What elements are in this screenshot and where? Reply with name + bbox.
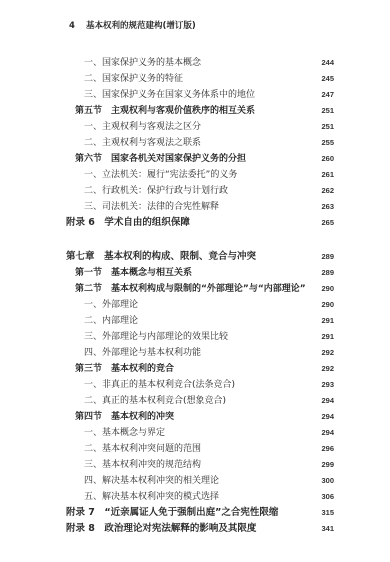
toc-entry-page: 263: [318, 199, 334, 215]
toc-entry-title: 三、基本权利冲突的规范结构: [84, 457, 201, 473]
running-header: 4 基本权利的规范建构(增订版): [69, 19, 196, 31]
toc-section[interactable]: 第三节 基本权利的竞合292: [0, 361, 390, 377]
toc-entry-page: 294: [318, 409, 334, 425]
toc-entry-page: 296: [318, 441, 334, 457]
toc-section[interactable]: 第四节 基本权利的冲突294: [0, 409, 390, 425]
toc-entry-page: 244: [318, 55, 334, 71]
toc-entry-page: 255: [318, 135, 334, 151]
toc-entry-title: 第六节 国家各机关对国家保护义务的分担: [75, 151, 246, 167]
table-of-contents: 一、国家保护义务的基本概念244二、国家保护义务的特征245三、国家保护义务在国…: [0, 55, 390, 537]
toc-entry-page: 291: [318, 313, 334, 329]
toc-entry-page: 290: [318, 281, 334, 297]
toc-entry[interactable]: 三、国家保护义务在国家义务体系中的地位247: [0, 87, 390, 103]
toc-chapter[interactable]: 第七章 基本权利的构成、限制、竞合与冲突289: [0, 249, 390, 265]
toc-entry-title: 一、国家保护义务的基本概念: [84, 55, 201, 71]
toc-entry-title: 一、主观权利与客观法之区分: [84, 119, 201, 135]
toc-entry-page: 251: [318, 103, 334, 119]
toc-entry-title: 第七章 基本权利的构成、限制、竞合与冲突: [66, 249, 256, 265]
toc-entry[interactable]: 三、外部理论与内部理论的效果比较291: [0, 329, 390, 345]
toc-entry[interactable]: 一、立法机关：履行“宪法委托”的义务261: [0, 167, 390, 183]
toc-entry-page: 294: [318, 425, 334, 441]
toc-entry[interactable]: 三、司法机关：法律的合宪性解释263: [0, 199, 390, 215]
toc-entry-page: 292: [318, 345, 334, 361]
toc-entry-title: 一、立法机关：履行“宪法委托”的义务: [84, 167, 237, 183]
toc-entry-title: 二、主观权利与客观法之联系: [84, 135, 201, 151]
toc-entry-title: 附录 6 学术自由的组织保障: [66, 215, 190, 231]
toc-entry[interactable]: 四、外部理论与基本权利功能292: [0, 345, 390, 361]
toc-entry-title: 二、基本权利冲突问题的范围: [84, 441, 201, 457]
toc-chapter[interactable]: 附录 8 政治理论对宪法解释的影响及其限度341: [0, 521, 390, 537]
toc-entry-page: 289: [318, 265, 334, 281]
toc-entry-title: 第二节 基本权利构成与限制的“外部理论”与“内部理论”: [75, 281, 306, 297]
toc-entry[interactable]: 一、基本概念与界定294: [0, 425, 390, 441]
toc-chapter[interactable]: 附录 6 学术自由的组织保障265: [0, 215, 390, 231]
toc-entry-page: 300: [318, 473, 334, 489]
toc-entry[interactable]: 二、主观权利与客观法之联系255: [0, 135, 390, 151]
book-title: 基本权利的规范建构(增订版): [86, 21, 196, 31]
toc-entry[interactable]: 一、主观权利与客观法之区分251: [0, 119, 390, 135]
toc-entry-page: 293: [318, 377, 334, 393]
toc-entry-title: 三、国家保护义务在国家义务体系中的地位: [84, 87, 255, 103]
toc-section[interactable]: 第二节 基本权利构成与限制的“外部理论”与“内部理论”290: [0, 281, 390, 297]
toc-entry-page: 315: [318, 505, 334, 521]
toc-entry-title: 二、国家保护义务的特征: [84, 71, 183, 87]
toc-entry-title: 二、真正的基本权利竞合(想象竞合): [84, 393, 226, 409]
toc-entry[interactable]: 一、外部理论290: [0, 297, 390, 313]
toc-entry-page: 289: [318, 249, 334, 265]
toc-entry-title: 三、外部理论与内部理论的效果比较: [84, 329, 228, 345]
toc-entry[interactable]: 二、国家保护义务的特征245: [0, 71, 390, 87]
toc-entry-page: 341: [318, 521, 334, 537]
toc-entry[interactable]: 一、国家保护义务的基本概念244: [0, 55, 390, 71]
toc-entry-title: 四、解决基本权利冲突的相关理论: [84, 473, 219, 489]
toc-section[interactable]: 第六节 国家各机关对国家保护义务的分担260: [0, 151, 390, 167]
toc-entry-page: 245: [318, 71, 334, 87]
toc-entry-page: 299: [318, 457, 334, 473]
toc-entry-page: 306: [318, 489, 334, 505]
toc-entry-page: 290: [318, 297, 334, 313]
toc-entry-page: 261: [318, 167, 334, 183]
toc-entry-page: 265: [318, 215, 334, 231]
toc-entry-title: 二、内部理论: [84, 313, 138, 329]
toc-chapter[interactable]: 附录 7 “近亲属证人免于强制出庭”之合宪性限缩315: [0, 505, 390, 521]
toc-entry-title: 第三节 基本权利的竞合: [75, 361, 174, 377]
toc-entry-page: 247: [318, 87, 334, 103]
toc-entry-title: 一、外部理论: [84, 297, 138, 313]
toc-entry-page: 260: [318, 151, 334, 167]
toc-section[interactable]: 第五节 主观权利与客观价值秩序的相互关系251: [0, 103, 390, 119]
toc-entry[interactable]: 二、基本权利冲突问题的范围296: [0, 441, 390, 457]
page-number: 4: [69, 21, 83, 31]
toc-entry-title: 五、解决基本权利冲突的模式选择: [84, 489, 219, 505]
toc-entry[interactable]: 三、基本权利冲突的规范结构299: [0, 457, 390, 473]
toc-entry[interactable]: 二、真正的基本权利竞合(想象竞合)294: [0, 393, 390, 409]
toc-entry-page: 251: [318, 119, 334, 135]
toc-entry-title: 第一节 基本概念与相互关系: [75, 265, 192, 281]
toc-entry-title: 附录 8 政治理论对宪法解释的影响及其限度: [66, 521, 256, 537]
toc-entry[interactable]: 一、非真正的基本权利竞合(法条竞合)293: [0, 377, 390, 393]
toc-entry-title: 一、基本概念与界定: [84, 425, 165, 441]
toc-entry-page: 292: [318, 361, 334, 377]
section-gap: [0, 231, 390, 249]
toc-entry-title: 二、行政机关：保护行政与计划行政: [84, 183, 228, 199]
toc-entry[interactable]: 二、行政机关：保护行政与计划行政262: [0, 183, 390, 199]
toc-entry-title: 一、非真正的基本权利竞合(法条竞合): [84, 377, 235, 393]
toc-entry-page: 291: [318, 329, 334, 345]
toc-entry-title: 附录 7 “近亲属证人免于强制出庭”之合宪性限缩: [66, 505, 278, 521]
toc-entry-title: 第五节 主观权利与客观价值秩序的相互关系: [75, 103, 255, 119]
toc-entry-page: 294: [318, 393, 334, 409]
toc-entry-title: 四、外部理论与基本权利功能: [84, 345, 201, 361]
toc-entry-title: 三、司法机关：法律的合宪性解释: [84, 199, 219, 215]
toc-section[interactable]: 第一节 基本概念与相互关系289: [0, 265, 390, 281]
toc-entry[interactable]: 五、解决基本权利冲突的模式选择306: [0, 489, 390, 505]
toc-entry-title: 第四节 基本权利的冲突: [75, 409, 174, 425]
toc-entry[interactable]: 二、内部理论291: [0, 313, 390, 329]
toc-entry-page: 262: [318, 183, 334, 199]
toc-entry[interactable]: 四、解决基本权利冲突的相关理论300: [0, 473, 390, 489]
